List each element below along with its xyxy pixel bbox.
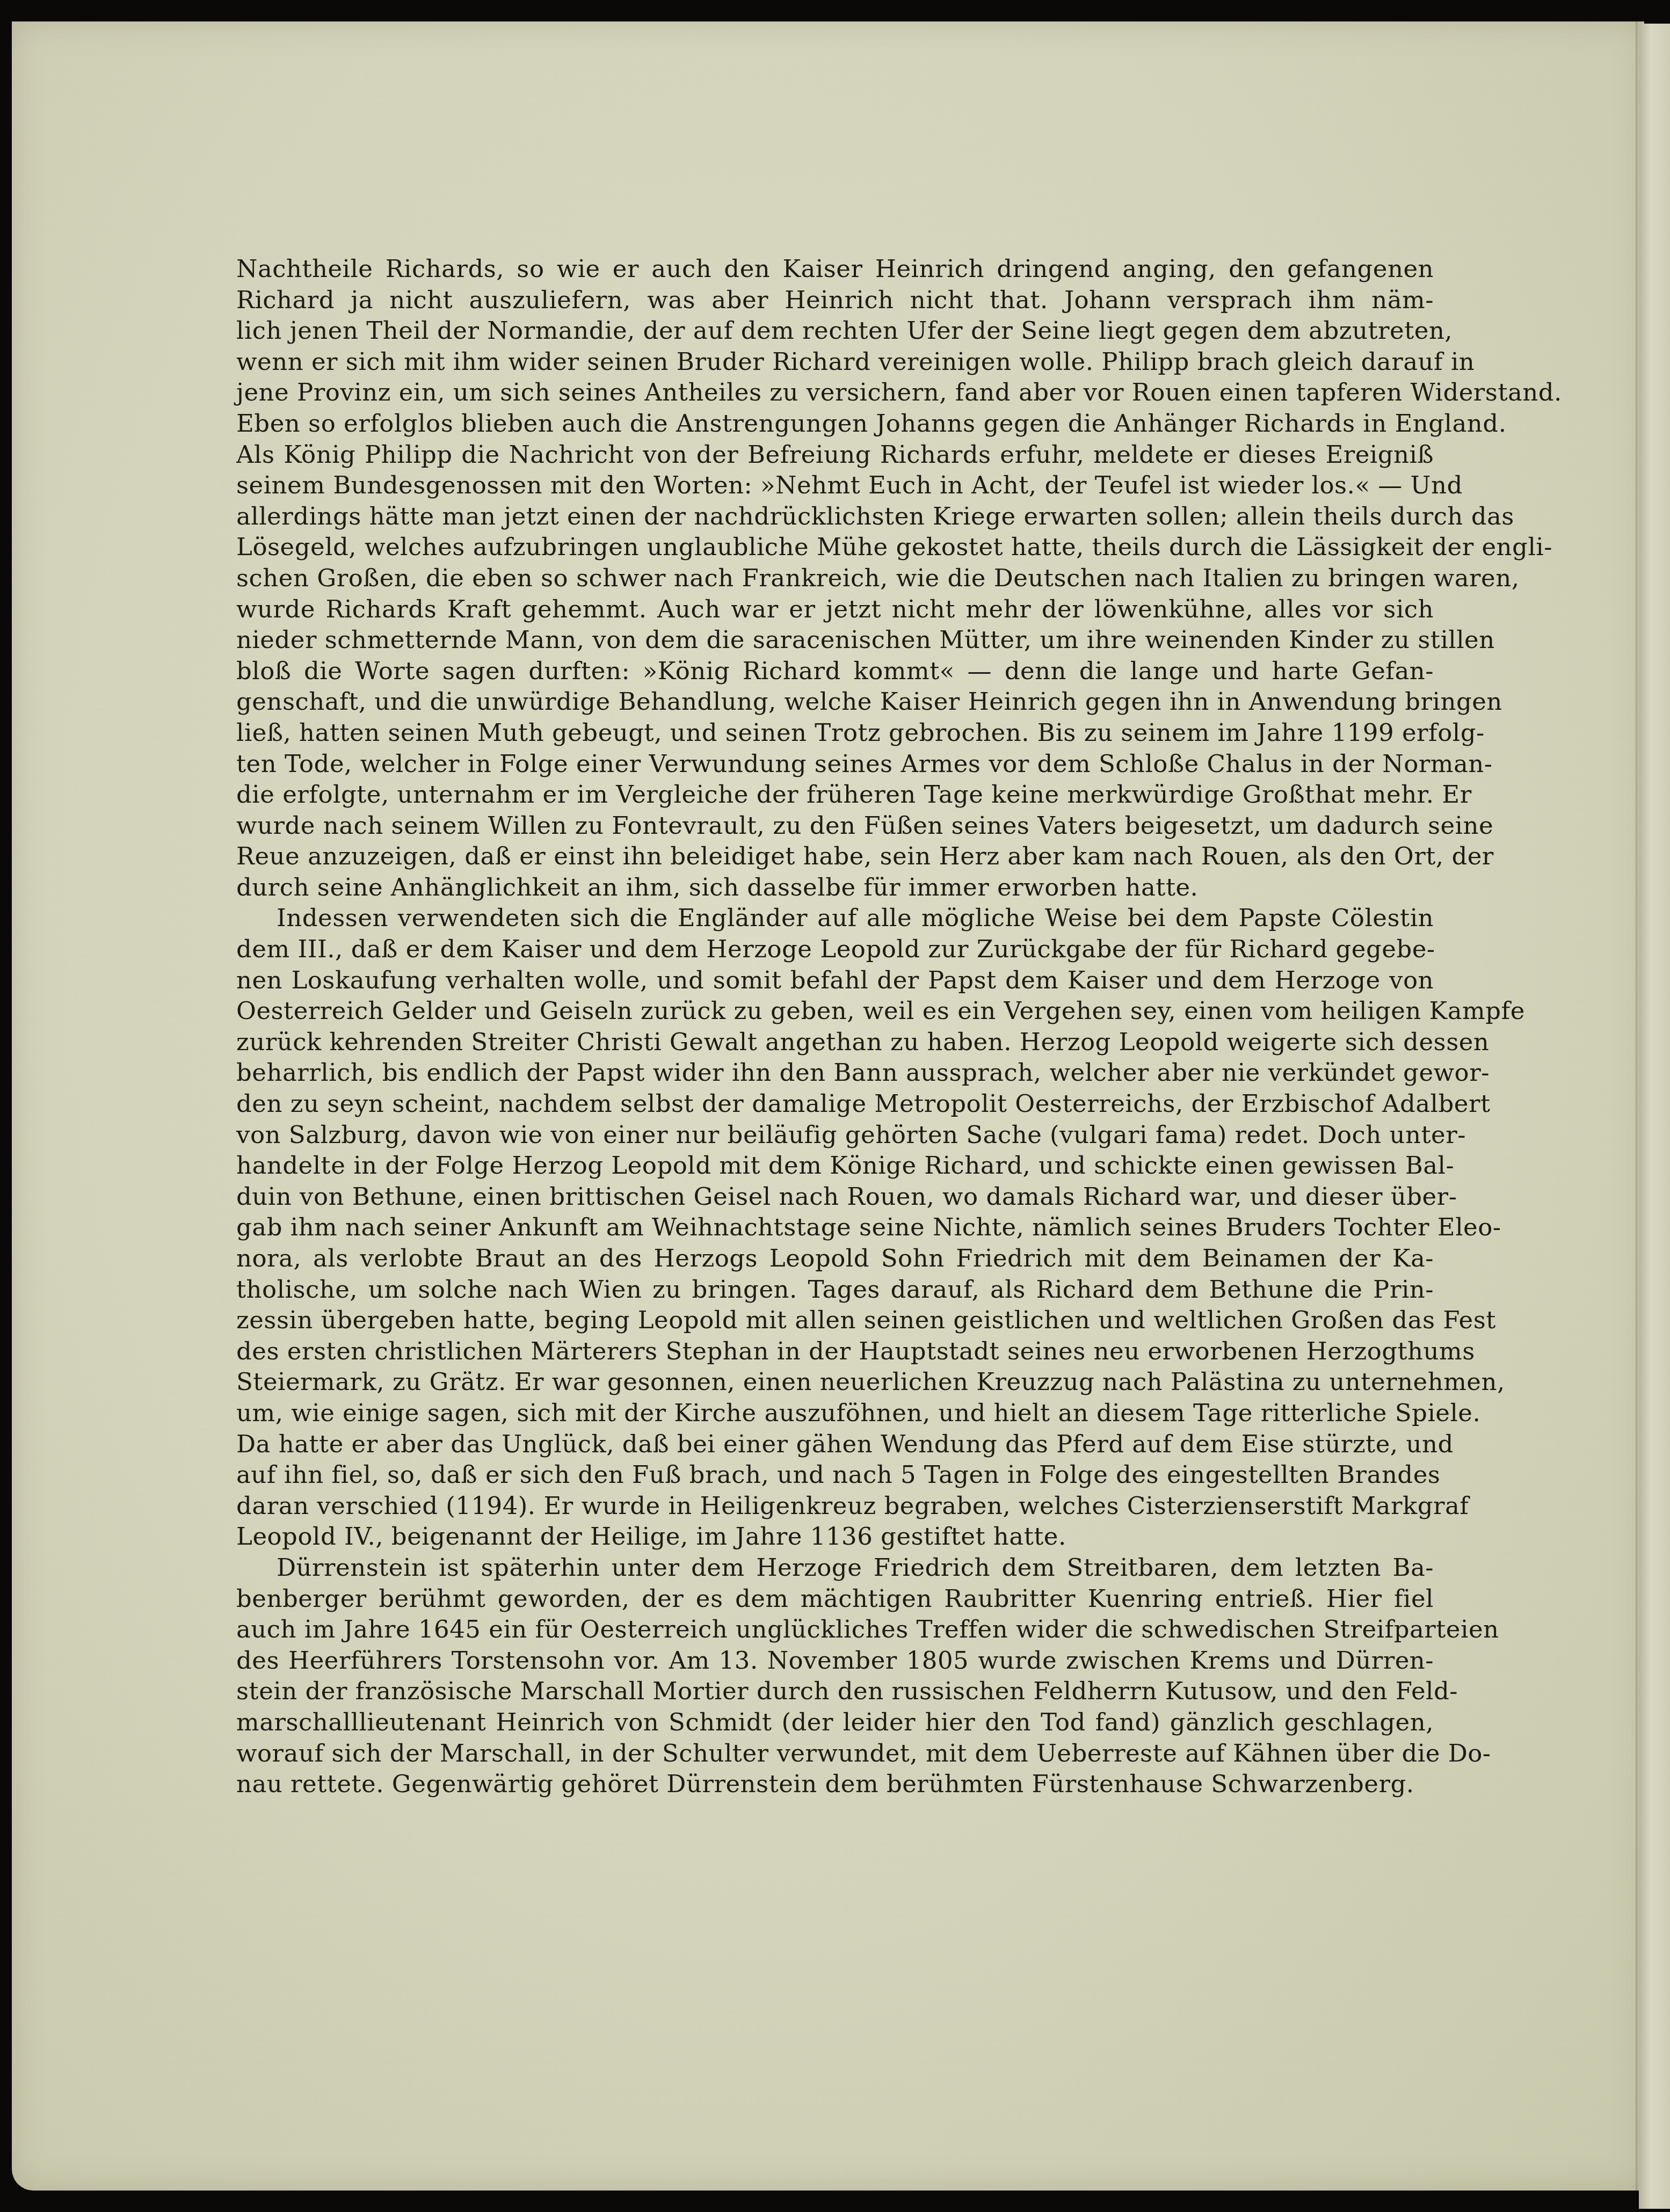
paragraph: Nachtheile Richards, so wie er auch den … [236, 253, 1434, 903]
text-line: wurde nach seinem Willen zu Fontevrault,… [236, 810, 1434, 841]
text-line: auch im Jahre 1645 ein für Oesterreich u… [236, 1614, 1434, 1645]
text-line: schen Großen, die eben so schwer nach Fr… [236, 563, 1434, 594]
paragraph: Dürrenstein ist späterhin unter dem Herz… [236, 1552, 1434, 1800]
text-line: ten Tode, welcher in Folge einer Verwund… [236, 748, 1434, 780]
text-line: tholische, um solche nach Wien zu bringe… [236, 1274, 1434, 1305]
text-line: Dürrenstein ist späterhin unter dem Herz… [236, 1552, 1434, 1583]
text-line: Indessen verwendeten sich die Engländer … [236, 903, 1434, 934]
text-line: des ersten christlichen Märterers Stepha… [236, 1336, 1434, 1367]
text-line: Eben so erfolglos blieben auch die Anstr… [236, 408, 1434, 439]
text-line: allerdings hätte man jetzt einen der nac… [236, 501, 1434, 532]
text-line: nau rettete. Gegenwärtig gehöret Dürrens… [236, 1769, 1434, 1800]
text-line: wenn er sich mit ihm wider seinen Bruder… [236, 346, 1434, 377]
text-line: ließ, hatten seinen Muth gebeugt, und se… [236, 717, 1434, 748]
text-line: auf ihn fiel, so, daß er sich den Fuß br… [236, 1459, 1434, 1490]
text-line: Steiermark, zu Grätz. Er war gesonnen, e… [236, 1366, 1434, 1398]
text-line: nieder schmetternde Mann, von dem die sa… [236, 624, 1434, 656]
text-line: den zu seyn scheint, nachdem selbst der … [236, 1088, 1434, 1119]
text-line: genschaft, und die unwürdige Behandlung,… [236, 686, 1434, 717]
text-line: Als König Philipp die Nachricht von der … [236, 439, 1434, 470]
text-line: seinem Bundesgenossen mit den Worten: »N… [236, 470, 1434, 501]
next-page-edge [1639, 24, 1670, 2209]
text-line: um, wie einige sagen, sich mit der Kirch… [236, 1398, 1434, 1429]
text-line: jene Provinz ein, um sich seines Antheil… [236, 377, 1434, 408]
text-line: von Salzburg, davon wie von einer nur be… [236, 1119, 1434, 1151]
text-line: Lösegeld, welches aufzubringen unglaubli… [236, 532, 1434, 563]
text-line: Reue anzuzeigen, daß er einst ihn beleid… [236, 841, 1434, 872]
text-line: zurück kehrenden Streiter Christi Gewalt… [236, 1027, 1434, 1058]
text-line: stein der französische Marschall Mortier… [236, 1676, 1434, 1707]
text-line: handelte in der Folge Herzog Leopold mit… [236, 1150, 1434, 1181]
text-line: die erfolgte, unternahm er im Vergleiche… [236, 779, 1434, 810]
text-line: Oesterreich Gelder und Geiseln zurück zu… [236, 995, 1434, 1027]
paragraph: Indessen verwendeten sich die Engländer … [236, 903, 1434, 1552]
text-line: beharrlich, bis endlich der Papst wider … [236, 1057, 1434, 1088]
text-line: zessin übergeben hatte, beging Leopold m… [236, 1305, 1434, 1336]
text-line: Leopold IV., beigenannt der Heilige, im … [236, 1521, 1434, 1552]
text-line: benberger berühmt geworden, der es dem m… [236, 1583, 1434, 1614]
text-line: daran verschied (1194). Er wurde in Heil… [236, 1490, 1434, 1522]
text-line: Richard ja nicht auszuliefern, was aber … [236, 285, 1434, 316]
text-line: lich jenen Theil der Normandie, der auf … [236, 315, 1434, 346]
text-line: Da hatte er aber das Unglück, daß bei ei… [236, 1429, 1434, 1460]
text-line: nora, als verlobte Braut an des Herzogs … [236, 1243, 1434, 1274]
text-line: durch seine Anhänglichkeit an ihm, sich … [236, 872, 1434, 903]
text-line: dem III., daß er dem Kaiser und dem Herz… [236, 934, 1434, 965]
text-line: nen Loskaufung verhalten wolle, und somi… [236, 965, 1434, 996]
body-text: Nachtheile Richards, so wie er auch den … [236, 253, 1434, 1800]
text-line: des Heerführers Torstensohn vor. Am 13. … [236, 1645, 1434, 1676]
text-line: gab ihm nach seiner Ankunft am Weihnacht… [236, 1212, 1434, 1243]
text-line: Nachtheile Richards, so wie er auch den … [236, 253, 1434, 285]
text-line: worauf sich der Marschall, in der Schult… [236, 1738, 1434, 1769]
text-line: wurde Richards Kraft gehemmt. Auch war e… [236, 594, 1434, 625]
text-line: duin von Bethune, einen brittischen Geis… [236, 1181, 1434, 1212]
text-line: marschalllieutenant Heinrich von Schmidt… [236, 1707, 1434, 1738]
text-line: bloß die Worte sagen durften: »König Ric… [236, 656, 1434, 687]
